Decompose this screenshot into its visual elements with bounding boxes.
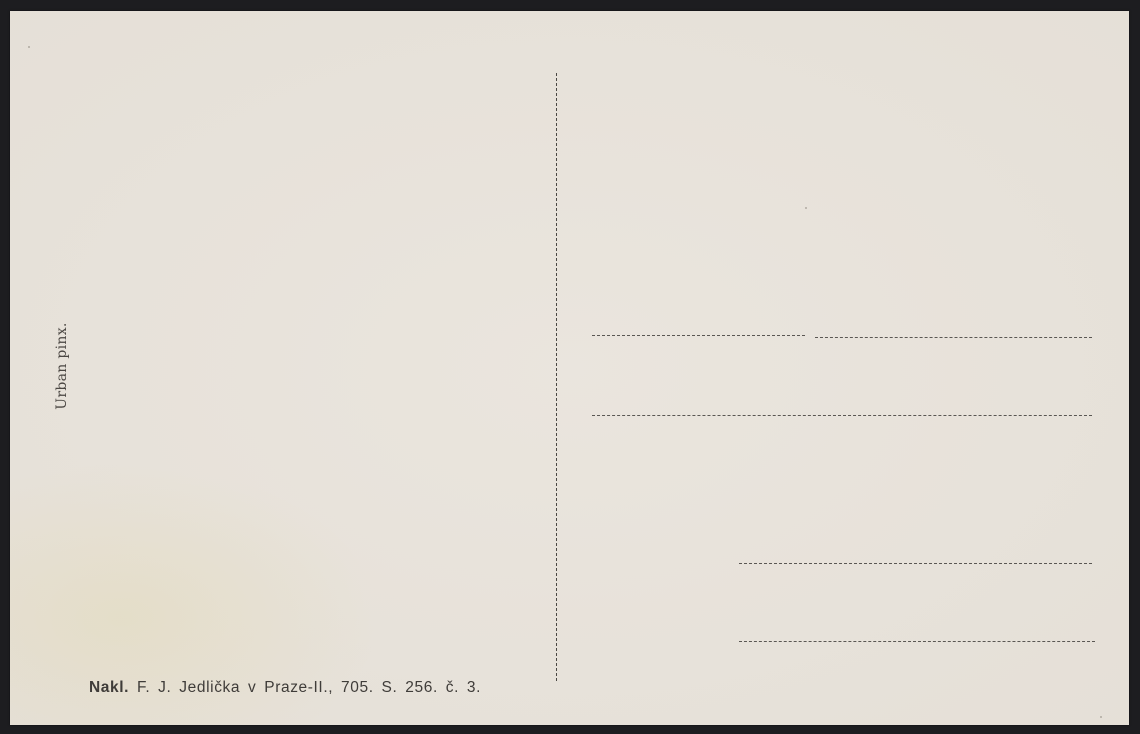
- address-line-1-part-a: [592, 335, 805, 336]
- address-line-1-part-b: [815, 337, 1092, 338]
- paper-speck: [805, 207, 807, 209]
- publisher-line: Nakl. F. J. Jedlička v Praze-II., 705. S…: [89, 679, 481, 697]
- publisher-text: F. J. Jedlička v Praze-II., 705. S. 256.…: [137, 679, 481, 696]
- postcard-back: Urban pinx. Nakl. F. J. Jedlička v Praze…: [10, 11, 1129, 725]
- address-line-4: [739, 641, 1095, 642]
- center-divider: [556, 73, 557, 681]
- paper-speck: [1100, 716, 1102, 718]
- address-line-3: [739, 563, 1092, 564]
- artist-credit: Urban pinx.: [54, 322, 70, 409]
- paper-speck: [28, 46, 30, 48]
- publisher-prefix: Nakl.: [89, 679, 129, 696]
- address-line-2: [592, 415, 1092, 416]
